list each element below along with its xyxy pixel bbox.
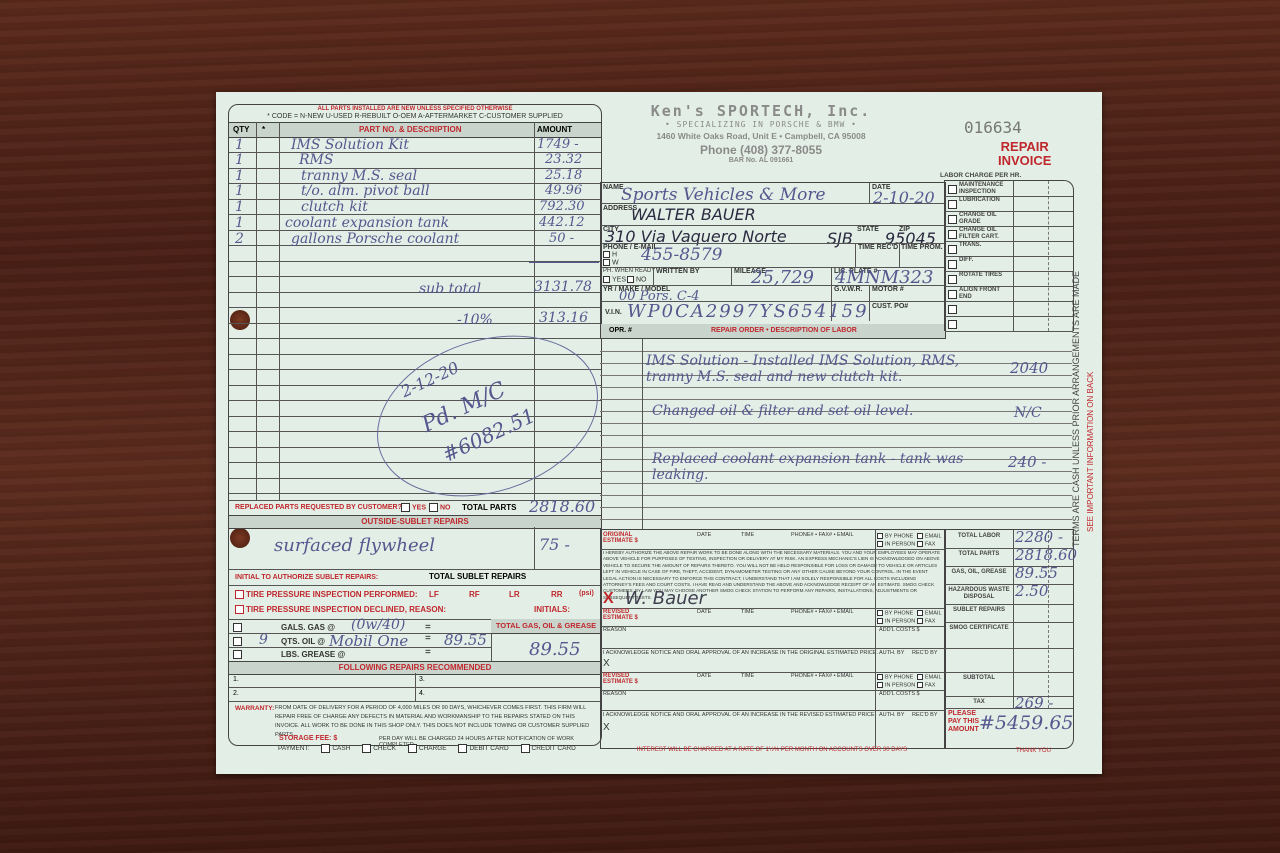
addl-costs-label: ADD'L COSTS $	[879, 691, 920, 697]
service-item[interactable]: LUBRICATION	[945, 196, 1073, 212]
fluids-total-value: 89.55	[529, 639, 581, 660]
checkbox-icon[interactable]	[948, 320, 957, 329]
est-time-label: TIME	[741, 673, 754, 679]
subtotal-rule	[529, 262, 599, 263]
part-desc: gallons Porsche coolant	[291, 231, 459, 247]
original-estimate-label: ORIGINAL ESTIMATE $	[603, 532, 639, 544]
divider	[601, 672, 945, 673]
parts-header-band: QTY * PART NO. & DESCRIPTION AMOUNT	[229, 122, 601, 138]
tire-rf: RF	[469, 590, 480, 599]
gvwr-label: G.V.W.R.	[834, 286, 863, 293]
interest-notice: INTEREST WILL BE CHARGED AT A RATE OF 1½…	[600, 747, 944, 753]
divider	[229, 569, 601, 570]
totals-label: SUBTOTAL	[947, 675, 1011, 682]
service-item-label: DIFF.	[959, 257, 1013, 264]
revised-estimate-label-2: REVISED ESTIMATE $	[603, 673, 639, 685]
totals-row: SUBLET REPAIRS	[945, 604, 1073, 623]
service-item-label: CHANGE OIL FILTER CART.	[959, 227, 1013, 240]
ruled-line	[600, 423, 1072, 424]
payment-debit-card[interactable]: DEBIT CARD	[458, 745, 508, 752]
phone-h-checkbox[interactable]: H	[603, 251, 617, 258]
ph-when-ready-label: PH. WHEN READY	[603, 268, 655, 274]
tire-lf: LF	[429, 590, 439, 599]
rev2-by-phone[interactable]: BY PHONE	[877, 674, 913, 680]
divider	[256, 122, 257, 500]
opr-label: OPR. #	[609, 327, 632, 334]
oil-row[interactable]	[233, 637, 244, 646]
ph-ready-no[interactable]: NO	[627, 276, 647, 283]
ruled-line	[229, 493, 601, 494]
divider	[869, 285, 870, 321]
oil-qty: 9	[259, 632, 268, 648]
totals-row: SUBTOTAL	[945, 672, 1073, 697]
sublet-amount: 75 -	[539, 535, 570, 554]
doc-type: REPAIR INVOICE	[998, 140, 1051, 168]
vin-label: V.I.N.	[605, 309, 622, 316]
service-item-label: ROTATE TIRES	[959, 272, 1013, 279]
storage-fee-label: STORAGE FEE: $	[279, 735, 337, 742]
company-phone: Phone (408) 377-8055	[616, 143, 906, 157]
ruled-line	[600, 435, 1072, 436]
replaced-no-checkbox[interactable]: NO	[429, 503, 451, 512]
ph-ready-yes[interactable]: YES	[603, 276, 626, 283]
fluids-total-label: TOTAL GAS, OIL & GREASE	[491, 619, 601, 633]
warranty-label: WARRANTY:	[235, 705, 274, 712]
written-by-label: WRITTEN BY	[656, 268, 700, 275]
rev2-in-person[interactable]: IN PERSON	[877, 682, 915, 688]
phone-w-checkbox[interactable]: W	[603, 259, 619, 266]
date-value[interactable]: 2-10-20	[873, 188, 935, 207]
equals-sign: =	[425, 622, 431, 633]
est-date-label: DATE	[697, 609, 711, 615]
ruled-line	[600, 483, 1072, 484]
divider	[601, 225, 945, 226]
sublet-header-band: OUTSIDE-SUBLET REPAIRS	[229, 515, 601, 529]
totals-label: GAS, OIL, GREASE	[947, 569, 1011, 576]
labor-header-band: OPR. # REPAIR ORDER • DESCRIPTION OF LAB…	[600, 324, 946, 339]
gas-label: GALS. GAS @	[281, 623, 335, 632]
customer-name[interactable]: Sports Vehicles & More	[621, 185, 826, 205]
labor-amount-2: N/C	[1014, 405, 1042, 421]
total-parts-value: 2818.60	[529, 497, 595, 516]
sublet-total-label: TOTAL SUBLET REPAIRS	[429, 572, 526, 581]
rev1-in-person[interactable]: IN PERSON	[877, 618, 915, 624]
est-time-label: TIME	[741, 609, 754, 615]
company-header: Ken's SPORTECH, Inc. • SPECIALIZING IN P…	[616, 102, 906, 164]
rev1-by-phone[interactable]: BY PHONE	[877, 610, 913, 616]
checkbox-icon[interactable]	[948, 245, 957, 254]
part-amount: 442.12	[539, 215, 585, 230]
service-item-label: TRANS.	[959, 242, 1013, 249]
divider	[653, 267, 654, 285]
est-date-label: DATE	[697, 673, 711, 679]
addl-costs-label: ADD'L COSTS $	[879, 627, 920, 633]
checkbox-icon[interactable]	[948, 260, 957, 269]
checkbox-icon[interactable]	[948, 185, 957, 194]
gas-note: (0w/40)	[351, 617, 405, 633]
part-desc: clutch kit	[301, 199, 368, 215]
est-time-label: TIME	[741, 532, 754, 538]
rev1-fax[interactable]: FAX	[917, 618, 935, 624]
part-desc: t/o. alm. pivot ball	[301, 183, 430, 199]
service-item[interactable]: CHANGE OIL GRADE	[945, 211, 1073, 227]
service-item[interactable]: MAINTENANCE INSPECTION	[945, 181, 1073, 197]
total-parts-label: TOTAL PARTS	[462, 503, 517, 512]
part-qty: 1	[235, 152, 244, 168]
recommended-slot-1[interactable]: 1.	[233, 676, 239, 683]
part-desc: RMS	[299, 152, 333, 168]
phone-value[interactable]: 455-8579	[641, 245, 722, 265]
divider	[731, 267, 732, 285]
part-desc: IMS Solution Kit	[291, 137, 409, 153]
ruled-line	[600, 495, 1072, 496]
ack-revised-x[interactable]: X	[603, 722, 610, 733]
part-amount: 1749 -	[537, 137, 579, 152]
divider	[899, 243, 900, 267]
vin-value[interactable]: WP0CA2997YS654159	[627, 301, 869, 322]
service-item-label: LUBRICATION	[959, 197, 1013, 204]
ruled-line	[229, 307, 601, 308]
totals-label: TOTAL PARTS	[947, 551, 1011, 558]
tire-declined[interactable]: TIRE PRESSURE INSPECTION DECLINED, REASO…	[235, 605, 446, 614]
totals-label: SMOG CERTIFICATE	[947, 625, 1011, 632]
terms-side-text: TERMS ARE CASH UNLESS PRIOR ARRANGEMENTS…	[1071, 271, 1081, 547]
payment-credit-card[interactable]: CREDIT CARD	[521, 745, 576, 752]
rev2-email[interactable]: EMAIL	[917, 674, 942, 680]
customer-signature[interactable]: W. Bauer	[625, 588, 706, 609]
divider	[855, 243, 856, 267]
custpo-label: CUST. PO#	[872, 303, 908, 310]
address-value[interactable]: WALTER BAUER	[631, 205, 756, 224]
customer-grid: NAME Sports Vehicles & More DATE 2-10-20…	[600, 182, 946, 326]
ruled-line	[600, 519, 1072, 520]
ruled-line	[600, 507, 1072, 508]
part-desc: coolant expansion tank	[285, 215, 449, 231]
checkbox-icon[interactable]	[948, 305, 957, 314]
totals-row: SMOG CERTIFICATE	[945, 622, 1073, 649]
divider	[875, 530, 876, 748]
tire-performed[interactable]: TIRE PRESSURE INSPECTION PERFORMED:	[235, 590, 418, 599]
discount-value: 313.16	[539, 310, 588, 326]
est-fax[interactable]: FAX	[917, 541, 935, 547]
est-contact-label: PHONE# • FAX# • EMAIL	[791, 532, 854, 538]
checkbox-icon[interactable]	[948, 200, 957, 209]
ack-original-x[interactable]: X	[603, 658, 610, 669]
totals-box: TOTAL LABOR2280 -TOTAL PARTS2818.60GAS, …	[944, 529, 1074, 749]
divider	[601, 203, 945, 204]
totals-label: HAZARDOUS WASTE DISPOSAL	[947, 587, 1011, 601]
replaced-yes-checkbox[interactable]: YES	[401, 503, 426, 512]
est-contact-label: PHONE# • FAX# • EMAIL	[791, 673, 854, 679]
divider	[534, 527, 535, 569]
divider	[642, 339, 643, 529]
part-qty: 2	[235, 231, 244, 247]
part-qty: 1	[235, 215, 244, 231]
totals-label: TAX	[947, 699, 1011, 706]
motor-label: MOTOR #	[872, 286, 904, 293]
divider	[229, 585, 601, 586]
service-item[interactable]	[945, 301, 1073, 317]
ruled-line	[600, 387, 1072, 388]
grease-label: LBS. GREASE @	[281, 650, 345, 659]
parts-notice: ALL PARTS INSTALLED ARE NEW UNLESS SPECI…	[229, 106, 601, 112]
part-desc: tranny M.S. seal	[301, 168, 417, 184]
part-amount: 23.32	[545, 152, 582, 167]
estimate-section: ORIGINAL ESTIMATE $ DATE TIME PHONE# • F…	[600, 529, 946, 749]
labor-entry-1: IMS Solution - Installed IMS Solution, R…	[646, 353, 1006, 385]
est-contact-label: PHONE# • FAX# • EMAIL	[791, 609, 854, 615]
equals-sign: =	[425, 647, 431, 658]
payment-check[interactable]: CHECK	[362, 745, 396, 752]
labor-area: IMS Solution - Installed IMS Solution, R…	[600, 339, 1072, 529]
service-item-label: MAINTENANCE INSPECTION	[959, 182, 1013, 195]
signature-x: X	[603, 590, 614, 608]
company-bar-no: BAR No. AL 091661	[616, 157, 906, 164]
company-tagline: • SPECIALIZING IN PORSCHE & BMW •	[616, 120, 906, 129]
doc-type-line2: INVOICE	[998, 154, 1051, 168]
services-checklist: MAINTENANCE INSPECTIONLUBRICATIONCHANGE …	[944, 180, 1074, 331]
service-item[interactable]: TRANS.	[945, 241, 1073, 257]
payment-cash[interactable]: CASH	[321, 745, 350, 752]
paid-stamp-circle	[356, 309, 619, 524]
est-email[interactable]: EMAIL	[917, 533, 942, 539]
checkbox-icon[interactable]	[948, 215, 957, 224]
totals-row	[945, 648, 1073, 673]
code-legend: * CODE = N-NEW U-USED R-REBUILT O-OEM A-…	[229, 113, 601, 120]
col-code: *	[262, 125, 265, 134]
payment-row: PAYMENT: CASH CHECK CHARGE DEBIT CARD CR…	[278, 744, 576, 753]
initials-label: INITIALS:	[534, 605, 570, 614]
part-amount: 49.96	[545, 183, 582, 198]
part-qty: 1	[235, 168, 244, 184]
rev2-fax[interactable]: FAX	[917, 682, 935, 688]
totals-value: 2818.60	[1015, 546, 1077, 564]
rev1-email[interactable]: EMAIL	[917, 610, 942, 616]
divider	[229, 647, 491, 648]
repair-invoice-sheet: ALL PARTS INSTALLED ARE NEW UNLESS SPECI…	[216, 92, 1102, 774]
service-item[interactable]: CHANGE OIL FILTER CART.	[945, 226, 1073, 242]
labor-charge-label: LABOR CHARGE PER HR.	[940, 172, 1021, 179]
parts-panel: ALL PARTS INSTALLED ARE NEW UNLESS SPECI…	[228, 104, 602, 746]
divider	[229, 687, 601, 688]
labor-entry-2: Changed oil & filter and set oil level.	[652, 403, 952, 419]
ruled-line	[600, 447, 1072, 448]
service-item[interactable]: DIFF.	[945, 256, 1073, 272]
payment-label: PAYMENT:	[278, 745, 310, 752]
part-amount: 792.30	[539, 199, 585, 214]
company-name: Ken's SPORTECH, Inc.	[616, 102, 906, 120]
part-qty: 1	[235, 183, 244, 199]
labor-amount-3: 240 -	[1008, 453, 1046, 471]
ack-original-text: I ACKNOWLEDGE NOTICE AND ORAL APPROVAL O…	[603, 650, 878, 656]
equals-sign: =	[425, 633, 431, 644]
recommended-slot-2[interactable]: 2.	[233, 690, 239, 697]
totals-row: HAZARDOUS WASTE DISPOSAL2.50	[945, 584, 1073, 605]
discount-label: -10%	[457, 312, 493, 328]
totals-value: 2280 -	[1015, 528, 1063, 546]
totals-row: TAX269 -	[945, 696, 1073, 709]
labor-entry-3: Replaced coolant expansion tank - tank w…	[652, 451, 992, 483]
divider	[279, 122, 280, 500]
ack-revised-text: I ACKNOWLEDGE NOTICE AND ORAL APPROVAL O…	[603, 712, 876, 718]
divider	[869, 183, 870, 203]
service-item[interactable]: ALIGN FRONT END	[945, 286, 1073, 302]
company-address: 1460 White Oaks Road, Unit E • Campbell,…	[616, 131, 906, 141]
totals-row: GAS, OIL, GREASE89.55	[945, 566, 1073, 585]
labor-amount-1: 2040	[1010, 359, 1048, 377]
auth-by-label: AUTH. BY	[879, 712, 904, 718]
time-prom-label: TIME PROM.	[901, 244, 943, 251]
ruled-line	[229, 276, 601, 277]
service-item-label: ALIGN FRONT END	[959, 287, 1013, 300]
totals-value: 89.55	[1015, 564, 1058, 582]
reason-label: REASON	[603, 691, 626, 697]
part-amount: 50 -	[549, 231, 574, 246]
state-label: STATE	[857, 226, 879, 233]
see-back-side-text: SEE IMPORTANT INFORMATION ON BACK	[1086, 372, 1095, 532]
service-item-label: CHANGE OIL GRADE	[959, 212, 1013, 225]
invoice-number: 016634	[964, 118, 1022, 137]
recd-by-label: REC'D BY	[912, 650, 938, 656]
recommended-slot-4[interactable]: 4.	[419, 690, 425, 697]
part-amount: 25.18	[545, 168, 582, 183]
ruled-line	[600, 399, 1072, 400]
service-item[interactable]: ROTATE TIRES	[945, 271, 1073, 287]
divider	[229, 701, 601, 702]
tire-psi: (psi)	[579, 590, 594, 597]
sublet-initial-label: INITIAL TO AUTHORIZE SUBLET REPAIRS:	[235, 574, 378, 581]
checkbox-icon[interactable]	[948, 275, 957, 284]
divider	[601, 710, 945, 711]
divider	[601, 608, 945, 609]
tire-lr: LR	[509, 590, 520, 599]
state-value[interactable]: SJB	[827, 229, 853, 248]
pay-amount-value: #5459.65	[979, 712, 1074, 734]
checkbox-icon[interactable]	[948, 290, 957, 299]
gas-row[interactable]	[233, 623, 244, 632]
ruled-line	[600, 351, 1072, 352]
col-qty: QTY	[233, 125, 249, 134]
sublet-header: OUTSIDE-SUBLET REPAIRS	[229, 516, 601, 528]
divider	[601, 648, 945, 649]
sublet-item: surfaced flywheel	[274, 535, 435, 556]
subtotal-value: 3131.78	[534, 279, 592, 295]
col-desc: PART NO. & DESCRIPTION	[359, 125, 462, 134]
est-by-phone[interactable]: BY PHONE	[877, 533, 913, 539]
totals-label: SUBLET REPAIRS	[947, 607, 1011, 614]
est-in-person[interactable]: IN PERSON	[877, 541, 915, 547]
totals-label: TOTAL LABOR	[947, 533, 1011, 540]
auth-by-label: AUTH. BY	[879, 650, 904, 656]
replaced-parts-question: REPLACED PARTS REQUESTED BY CUSTOMER?	[235, 504, 402, 511]
checkbox-icon[interactable]	[948, 230, 957, 239]
revised-estimate-label-1: REVISED ESTIMATE $	[603, 609, 639, 621]
recd-by-label: REC'D BY	[912, 712, 938, 718]
time-recd-label: TIME REC'D	[858, 244, 898, 251]
col-amount: AMOUNT	[537, 125, 572, 134]
totals-value: 2.50	[1015, 582, 1048, 600]
reason-label: REASON	[603, 627, 626, 633]
service-item[interactable]	[945, 316, 1073, 332]
est-date-label: DATE	[697, 532, 711, 538]
doc-type-line1: REPAIR	[998, 140, 1051, 154]
grease-row[interactable]	[233, 650, 244, 659]
labor-header: REPAIR ORDER • DESCRIPTION OF LABOR	[711, 327, 857, 334]
thank-you-text: THANK YOU	[1016, 748, 1051, 754]
payment-charge[interactable]: CHARGE	[408, 745, 447, 752]
oil-label: QTS. OIL @	[281, 637, 325, 646]
part-qty: 1	[235, 137, 244, 153]
fluids-total-band: TOTAL GAS, OIL & GREASE	[491, 619, 601, 634]
recommended-slot-3[interactable]: 3.	[419, 676, 425, 683]
totals-value: 269 -	[1015, 694, 1053, 712]
subtotal-label: sub total	[419, 281, 481, 297]
part-qty: 1	[235, 199, 244, 215]
tire-rr: RR	[551, 590, 563, 599]
